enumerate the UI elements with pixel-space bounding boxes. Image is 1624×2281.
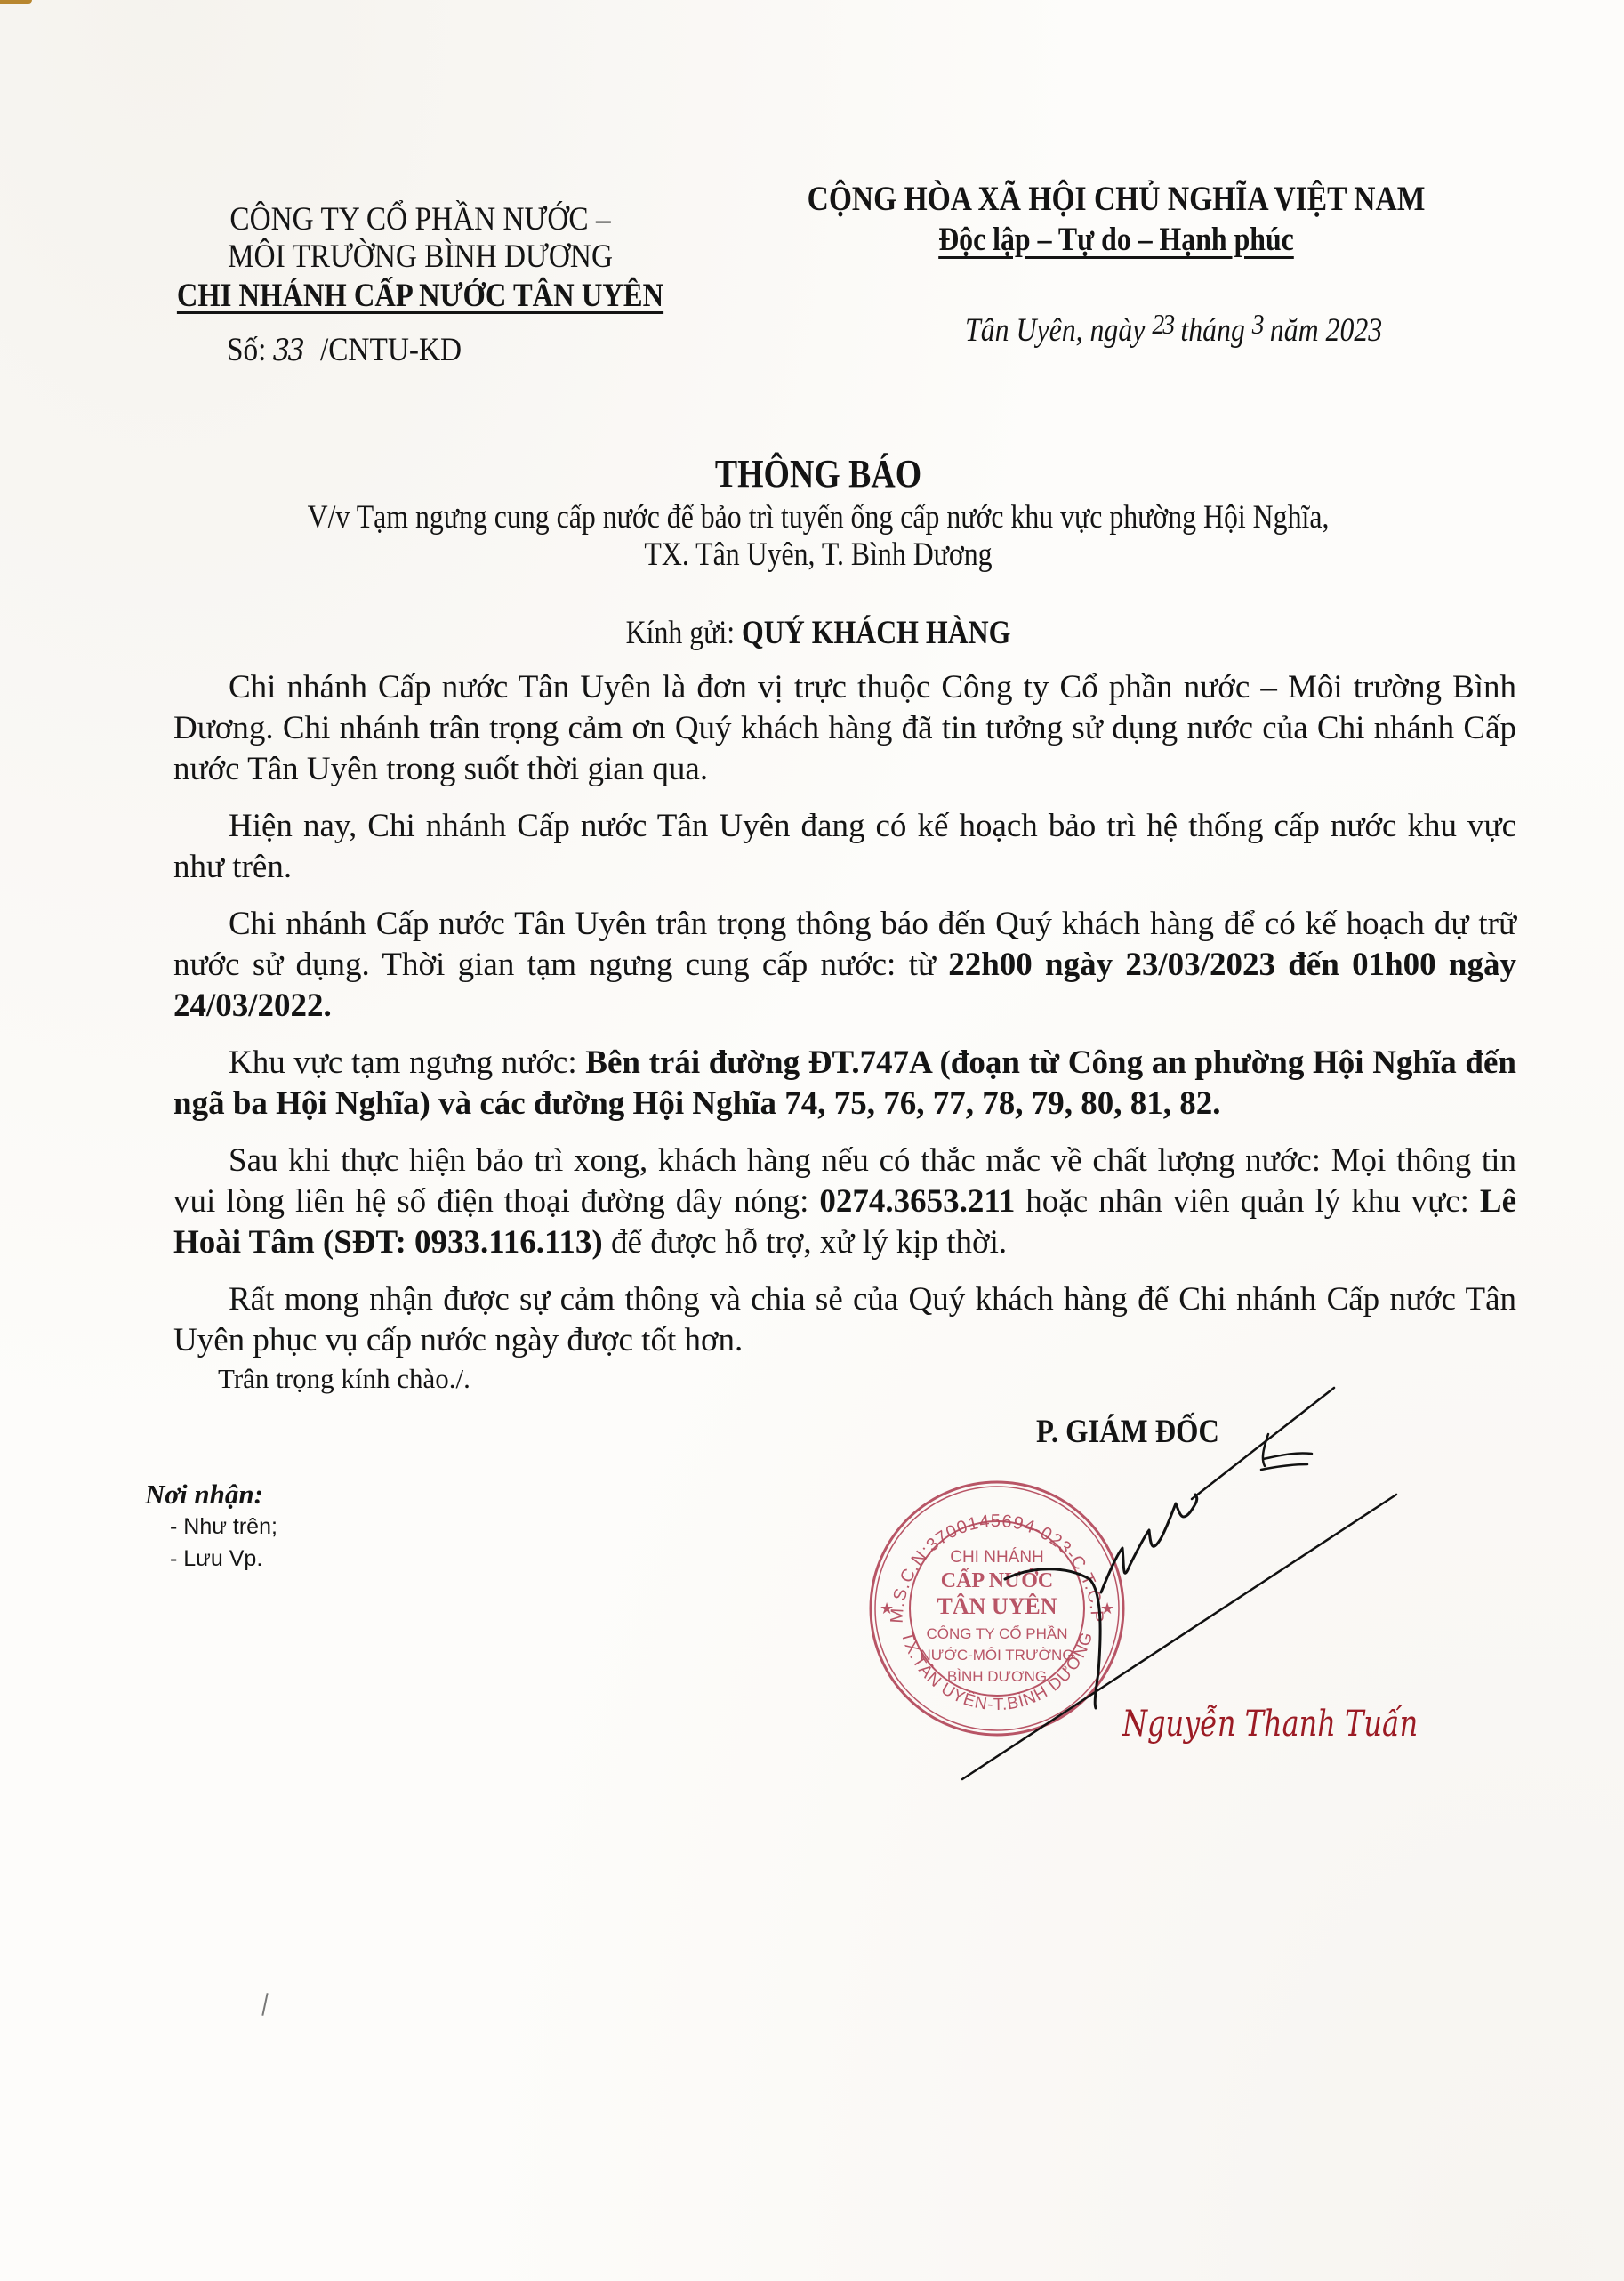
- place-date: Tân Uyên, ngày 23 tháng 3 năm 2023: [965, 311, 1382, 350]
- issuer-branch: CHI NHÁNH CẤP NƯỚC TÂN UYÊN: [168, 276, 673, 317]
- stamp-line: CHI NHÁNH: [950, 1548, 1044, 1567]
- document-number-suffix: /CNTU-KD: [320, 332, 462, 368]
- paragraph-schedule: Chi nhánh Cấp nước Tân Uyên trân trọng t…: [173, 904, 1516, 1027]
- svg-text:★: ★: [880, 1600, 894, 1617]
- national-title: CỘNG HÒA XÃ HỘI CHỦ NGHĨA VIỆT NAM: [807, 178, 1427, 221]
- date-place: Tân Uyên, ngày: [965, 312, 1145, 349]
- issuer-company-line2: MÔI TRƯỜNG BÌNH DƯƠNG: [162, 238, 679, 276]
- recipient-item: - Lưu Vp.: [170, 1543, 277, 1575]
- contact-text3: để được hỗ trợ, xử lý kịp thời.: [603, 1224, 1007, 1261]
- date-year: năm 2023: [1270, 312, 1382, 349]
- national-motto-text: Độc lập – Tự do – Hạnh phúc: [938, 222, 1294, 258]
- date-month-label: tháng: [1180, 312, 1244, 349]
- stamp-line: CÔNG TY CỔ PHẦN: [926, 1625, 1067, 1642]
- notice-subject-line1: V/v Tạm ngưng cung cấp nước để bảo trì t…: [268, 499, 1369, 536]
- stamp-line: TÂN UYÊN: [937, 1593, 1057, 1619]
- paragraph-intro: Chi nhánh Cấp nước Tân Uyên là đơn vị tr…: [173, 667, 1516, 790]
- recipient-item: - Như trên;: [170, 1511, 277, 1543]
- stamp-line: CẤP NƯỚC: [941, 1568, 1053, 1592]
- signer-name: Nguyễn Thanh Tuấn: [1122, 1704, 1418, 1745]
- recipients-heading: Nơi nhận:: [145, 1479, 277, 1511]
- page-corner-edge: [0, 0, 32, 4]
- issuer-company-line1: CÔNG TY CỔ PHẦN NƯỚC –: [162, 201, 679, 238]
- signer-title: P. GIÁM ĐỐC: [1036, 1413, 1219, 1451]
- paragraph-thanks: Rất mong nhận được sự cảm thông và chia …: [173, 1279, 1516, 1361]
- closing-greeting: Trân trọng kính chào./.: [218, 1363, 470, 1395]
- paragraph-contact: Sau khi thực hiện bảo trì xong, khách hà…: [173, 1140, 1516, 1263]
- notice-title-block: THÔNG BÁO V/v Tạm ngưng cung cấp nước để…: [178, 449, 1459, 574]
- document-number-label: Số:: [227, 332, 266, 368]
- issuer-header: CÔNG TY CỔ PHẦN NƯỚC – MÔI TRƯỜNG BÌNH D…: [133, 201, 707, 317]
- salutation-target: QUÝ KHÁCH HÀNG: [742, 615, 1010, 651]
- paragraph-plan: Hiện nay, Chi nhánh Cấp nước Tân Uyên đa…: [173, 806, 1516, 888]
- document-number: Số:33/CNTU-KD: [227, 331, 462, 369]
- contact-text2: hoặc nhân viên quản lý khu vực:: [1015, 1183, 1480, 1220]
- salutation-prefix: Kính gửi:: [626, 615, 735, 651]
- salutation: Kính gửi: QUÝ KHÁCH HÀNG: [268, 614, 1369, 652]
- national-motto: Độc lập – Tự do – Hạnh phúc: [807, 221, 1427, 260]
- notice-subject-line2: TX. Tân Uyên, T. Bình Dương: [268, 536, 1369, 574]
- recipients-block: Nơi nhận: - Như trên; - Lưu Vp.: [145, 1479, 277, 1575]
- notice-title: THÔNG BÁO: [268, 449, 1369, 499]
- notice-body: Chi nhánh Cấp nước Tân Uyên là đơn vị tr…: [173, 667, 1516, 1377]
- stamp-line: NƯỚC-MÔI TRƯỜNG: [920, 1647, 1073, 1664]
- svg-text:★: ★: [1100, 1600, 1114, 1617]
- date-day-handwritten: 23: [1152, 308, 1173, 340]
- date-month-handwritten: 3: [1252, 308, 1263, 340]
- company-seal-stamp: M.S.C.N:3700145694-023-C.T.C.P TX.TÂN UY…: [867, 1479, 1127, 1738]
- hotline-number: 0274.3653.211: [819, 1183, 1015, 1220]
- document-number-handwritten: 33: [273, 333, 303, 368]
- paragraph-area: Khu vực tạm ngưng nước: Bên trái đường Đ…: [173, 1043, 1516, 1124]
- national-header: CỘNG HÒA XÃ HỘI CHỦ NGHĨA VIỆT NAM Độc l…: [756, 178, 1476, 260]
- stray-pen-mark: [261, 1993, 268, 2016]
- stamp-line: BÌNH DƯƠNG: [947, 1668, 1047, 1685]
- area-label: Khu vực tạm ngưng nước:: [229, 1044, 585, 1081]
